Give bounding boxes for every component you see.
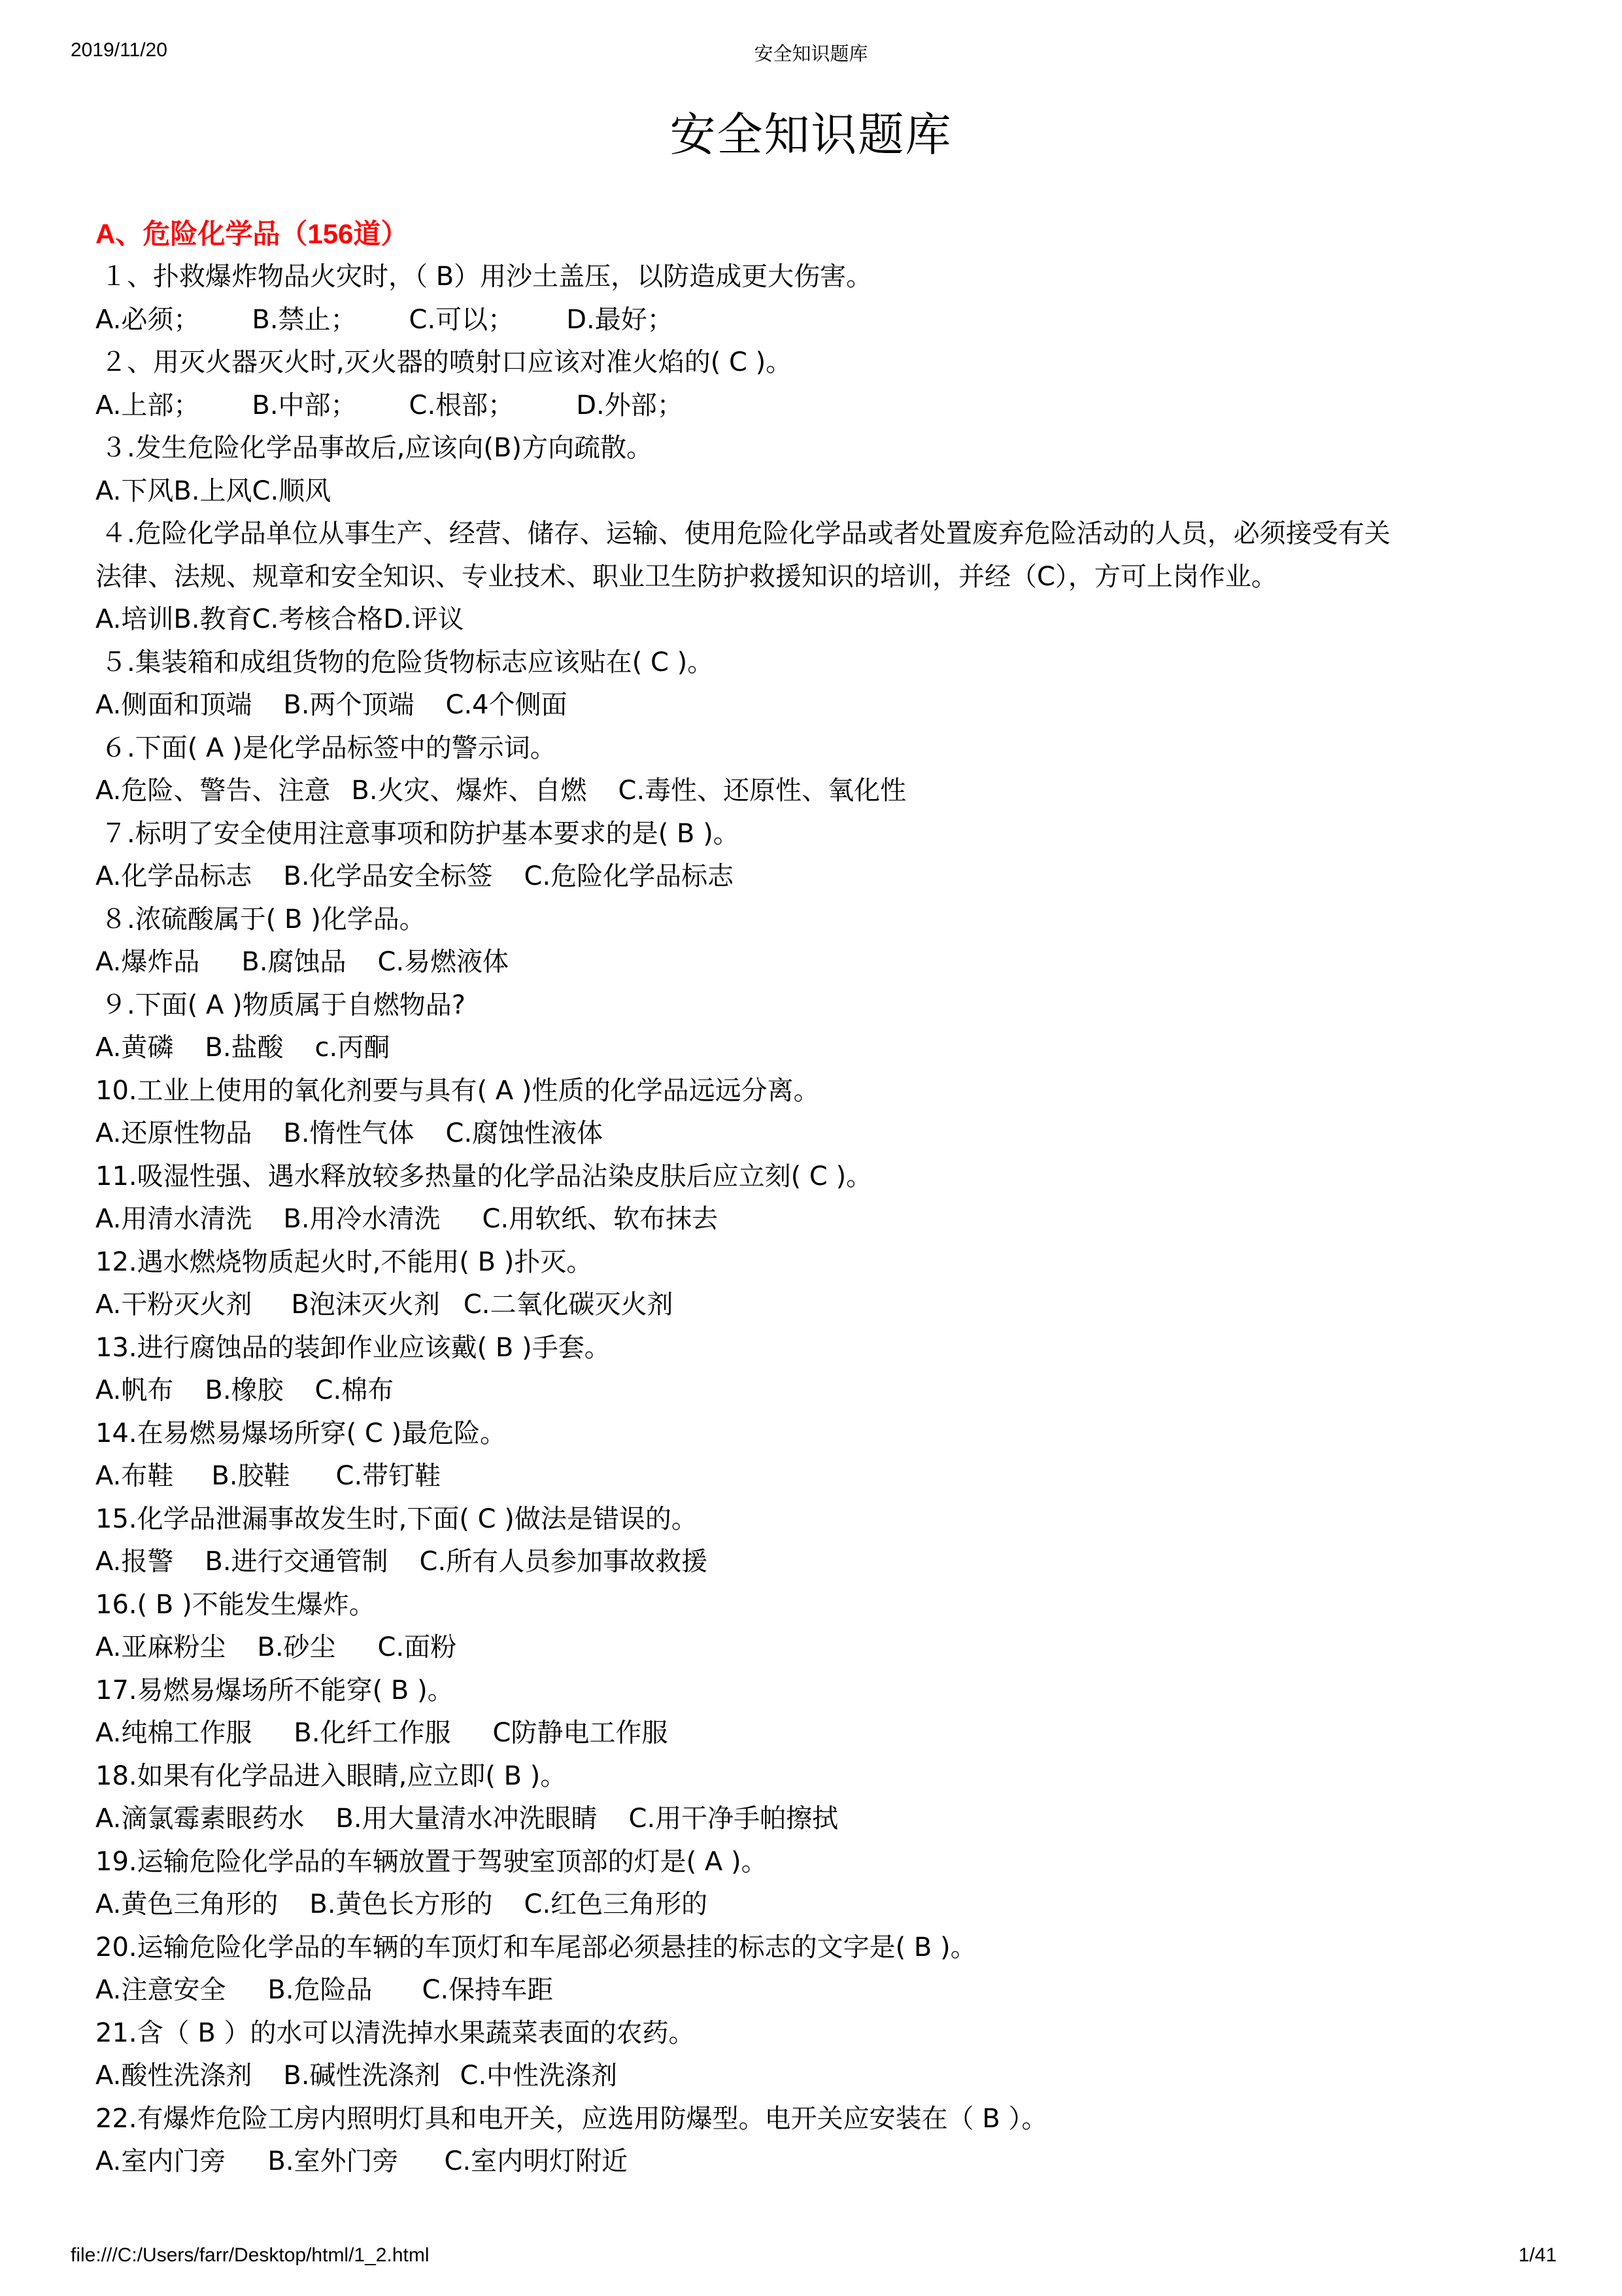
option-a: A.黄磷 <box>95 1033 173 1063</box>
options-9: A.黄磷B.盐酸c.丙酮 <box>95 1027 1553 1070</box>
option-b: B.黄色长方形的 <box>309 1889 492 1919</box>
options-10: A.还原性物品B.惰性气体C.腐蚀性液体 <box>95 1112 1553 1156</box>
question-18: 18.如果有化学品进入眼睛,应立即( B )。 <box>95 1755 1553 1798</box>
question-2: ２、用灭火器灭火时,灭火器的喷射口应该对准火焰的( C )。 <box>95 341 1553 385</box>
option-c: C.带钉鞋 <box>336 1461 441 1491</box>
option-b: B.进行交通管制 <box>205 1547 388 1577</box>
option-a: A.布鞋 <box>95 1461 173 1491</box>
option-c: C.可以； <box>409 305 515 335</box>
option-c: C.毒性、还原性、氧化性 <box>618 776 907 806</box>
question-4-line-2: 法律、法规、规章和安全知识、专业技术、职业卫生防护救援知识的培训，并经（C），方… <box>95 556 1553 599</box>
options-8: A.爆炸品B.腐蚀品C.易燃液体 <box>95 941 1553 984</box>
question-4-line-1: ４.危险化学品单位从事生产、经营、储存、运输、使用危险化学品或者处置废弃危险活动… <box>95 513 1553 556</box>
options-12: A.干粉灭火剂B泡沫灭火剂C.二氧化碳灭火剂 <box>95 1284 1553 1327</box>
question-8: ８.浓硫酸属于( B )化学品。 <box>95 899 1553 942</box>
options-19: A.黄色三角形的B.黄色长方形的C.红色三角形的 <box>95 1883 1553 1927</box>
option-b: B.化学品安全标签 <box>283 861 492 891</box>
options-14: A.布鞋B.胶鞋C.带钉鞋 <box>95 1455 1553 1498</box>
document-title: 安全知识题库 <box>0 98 1622 164</box>
option-d: D.最好； <box>566 305 673 335</box>
options-3: A.下风B.上风C.顺风 <box>95 470 1553 513</box>
option-a: A.黄色三角形的 <box>95 1889 278 1919</box>
option-c: c.丙酮 <box>315 1033 390 1063</box>
option-a: A.纯棉工作服 <box>95 1718 252 1748</box>
options-18: A.滴氯霉素眼药水B.用大量清水冲洗眼睛C.用干净手帕擦拭 <box>95 1798 1553 1841</box>
option-b: B.胶鞋 <box>211 1461 290 1491</box>
question-19: 19.运输危险化学品的车辆放置于驾驶室顶部的灯是( A )。 <box>95 1841 1553 1884</box>
option-b: B.用大量清水冲洗眼睛 <box>335 1804 597 1834</box>
option-a: A.室内门旁 <box>95 2146 226 2176</box>
option-a: A.侧面和顶端 <box>95 690 252 720</box>
option-b: B.用冷水清洗 <box>283 1204 440 1234</box>
question-3: ３.发生危险化学品事故后,应该向(B)方向疏散。 <box>95 427 1553 470</box>
option-c: C.棉布 <box>315 1375 394 1405</box>
option-c: C.用软纸、软布抹去 <box>482 1204 718 1234</box>
option-c: C.根部； <box>409 390 515 420</box>
option-b: B.砂尘 <box>257 1632 335 1662</box>
question-16: 16.( B )不能发生爆炸。 <box>95 1584 1553 1627</box>
option-a: A.必须； <box>95 305 199 335</box>
option-b: B.惰性气体 <box>283 1118 414 1148</box>
option-c: C.所有人员参加事故救援 <box>420 1547 708 1577</box>
question-11: 11.吸湿性强、遇水释放较多热量的化学品沾染皮肤后应立刻( C )。 <box>95 1156 1553 1199</box>
option-a: A.酸性洗涤剂 <box>95 2061 252 2091</box>
options-21: A.酸性洗涤剂B.碱性洗涤剂C.中性洗涤剂 <box>95 2055 1553 2098</box>
options-13: A.帆布B.橡胶C.棉布 <box>95 1369 1553 1413</box>
option-a: A.危险、警告、注意 <box>95 776 330 806</box>
options-15: A.报警B.进行交通管制C.所有人员参加事故救援 <box>95 1541 1553 1584</box>
file-path: file:///C:/Users/farr/Desktop/html/1_2.h… <box>71 2244 430 2267</box>
option-b: B.盐酸 <box>205 1033 283 1063</box>
page-indicator: 1/41 <box>1519 2244 1557 2267</box>
question-14: 14.在易燃易爆场所穿( C )最危险。 <box>95 1413 1553 1456</box>
option-a: A.报警 <box>95 1547 173 1577</box>
options-1: A.必须；B.禁止；C.可以；D.最好； <box>95 299 1553 342</box>
question-12: 12.遇水燃烧物质起火时,不能用( B )扑灭。 <box>95 1241 1553 1284</box>
question-5: ５.集装箱和成组货物的危险货物标志应该贴在( C )。 <box>95 642 1553 685</box>
option-a: A.注意安全 <box>95 1975 226 2005</box>
option-b: B泡沫灭火剂 <box>291 1290 439 1320</box>
question-1: １、扑救爆炸物品火灾时，（ B）用沙土盖压，以防造成更大伤害。 <box>95 256 1553 299</box>
option-a: A.用清水清洗 <box>95 1204 252 1234</box>
option-b: B.腐蚀品 <box>241 947 346 977</box>
option-c: C.中性洗涤剂 <box>460 2061 618 2091</box>
options-11: A.用清水清洗B.用冷水清洗C.用软纸、软布抹去 <box>95 1198 1553 1241</box>
option-b: B.橡胶 <box>205 1375 283 1405</box>
option-c: C.腐蚀性液体 <box>446 1118 603 1148</box>
options-2: A.上部；B.中部；C.根部；D.外部； <box>95 385 1553 428</box>
option-c: C.室内明灯附近 <box>445 2146 628 2176</box>
option-b: B.禁止； <box>252 305 356 335</box>
option-a: A.还原性物品 <box>95 1118 252 1148</box>
option-a: A.上部； <box>95 390 199 420</box>
print-footer: file:///C:/Users/farr/Desktop/html/1_2.h… <box>0 2244 1622 2270</box>
option-c: C防静电工作服 <box>493 1718 668 1748</box>
option-c: C.易燃液体 <box>378 947 509 977</box>
option-a: A.亚麻粉尘 <box>95 1632 226 1662</box>
options-6: A.危险、警告、注意B.火灾、爆炸、自燃C.毒性、还原性、氧化性 <box>95 770 1553 813</box>
option-c: C.保持车距 <box>422 1975 554 2005</box>
option-a: A.滴氯霉素眼药水 <box>95 1804 304 1834</box>
question-7: ７.标明了安全使用注意事项和防护基本要求的是( B )。 <box>95 813 1553 856</box>
options-20: A.注意安全B.危险品C.保持车距 <box>95 1969 1553 2012</box>
option-c: C.用干净手帕擦拭 <box>629 1804 839 1834</box>
section-heading: A、危险化学品（156道） <box>95 213 1553 256</box>
option-c: C.4个侧面 <box>446 690 567 720</box>
options-4: A.培训B.教育C.考核合格D.评议 <box>95 598 1553 642</box>
question-13: 13.进行腐蚀品的装卸作业应该戴( B )手套。 <box>95 1327 1553 1370</box>
option-c: C.面粉 <box>378 1632 457 1662</box>
option-b: B.火灾、爆炸、自燃 <box>351 776 586 806</box>
option-b: B.室外门旁 <box>267 2146 398 2176</box>
option-a: A.帆布 <box>95 1375 173 1405</box>
question-9: ９.下面( A )物质属于自燃物品? <box>95 984 1553 1027</box>
question-15: 15.化学品泄漏事故发生时,下面( C )做法是错误的。 <box>95 1498 1553 1541</box>
question-22: 22.有爆炸危险工房内照明灯具和电开关，应选用防爆型。电开关应安装在（ B ）。 <box>95 2098 1553 2141</box>
question-21: 21.含（ B ）的水可以清洗掉水果蔬菜表面的农药。 <box>95 2012 1553 2055</box>
options-17: A.纯棉工作服B.化纤工作服C防静电工作服 <box>95 1712 1553 1755</box>
option-c: C.危险化学品标志 <box>524 861 734 891</box>
question-6: ６.下面( A )是化学品标签中的警示词。 <box>95 727 1553 770</box>
question-10: 10.工业上使用的氧化剂要与具有( A )性质的化学品远远分离。 <box>95 1070 1553 1113</box>
options-7: A.化学品标志B.化学品安全标签C.危险化学品标志 <box>95 855 1553 899</box>
print-page-title: 安全知识题库 <box>0 39 1622 66</box>
question-20: 20.运输危险化学品的车辆的车顶灯和车尾部必须悬挂的标志的文字是( B )。 <box>95 1927 1553 1970</box>
option-c: C.二氧化碳灭火剂 <box>464 1290 673 1320</box>
option-b: B.化纤工作服 <box>294 1718 450 1748</box>
option-a: A.化学品标志 <box>95 861 252 891</box>
option-b: B.危险品 <box>267 1975 372 2005</box>
option-b: B.碱性洗涤剂 <box>283 2061 440 2091</box>
options-5: A.侧面和顶端B.两个顶端C.4个侧面 <box>95 684 1553 727</box>
option-a: A.爆炸品 <box>95 947 199 977</box>
options-22: A.室内门旁B.室外门旁C.室内明灯附近 <box>95 2140 1553 2184</box>
option-a: A.干粉灭火剂 <box>95 1290 252 1320</box>
option-d: D.外部； <box>576 390 683 420</box>
question-17: 17.易燃易爆场所不能穿( B )。 <box>95 1670 1553 1713</box>
option-b: B.两个顶端 <box>283 690 414 720</box>
options-16: A.亚麻粉尘B.砂尘C.面粉 <box>95 1626 1553 1670</box>
print-header: 2019/11/20 安全知识题库 <box>0 39 1622 65</box>
option-c: C.红色三角形的 <box>524 1889 708 1919</box>
option-b: B.中部； <box>252 390 356 420</box>
document-body: A、危险化学品（156道） １、扑救爆炸物品火灾时，（ B）用沙土盖压，以防造成… <box>95 213 1553 2184</box>
